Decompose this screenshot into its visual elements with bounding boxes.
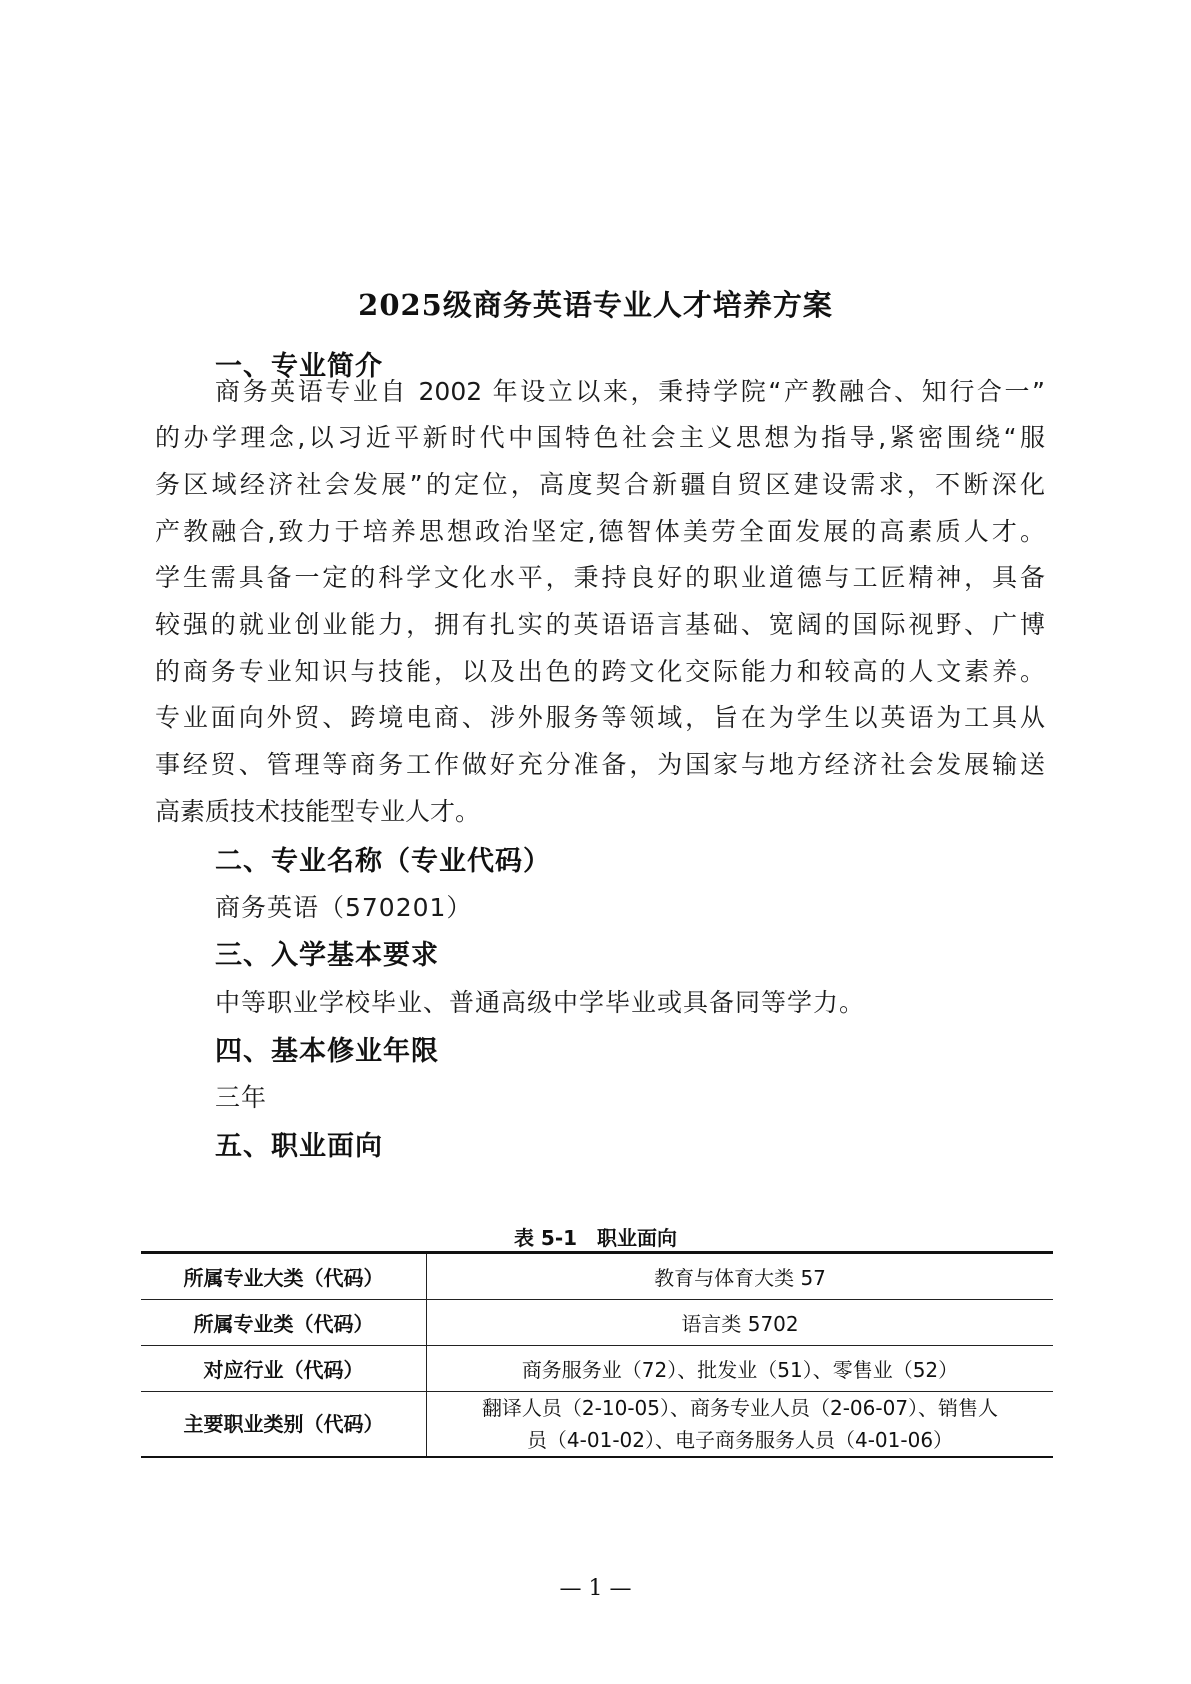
paragraph-line: 产教融合,致力于培养思想政治坚定,德智体美劳全面发展的高素质人才。 <box>155 512 1045 548</box>
duration-content: 三年 <box>215 1078 267 1114</box>
table-row-value: 教育与体育大类 57 <box>427 1253 1054 1300</box>
paragraph-line: 学生需具备一定的科学文化水平，秉持良好的职业道德与工匠精神，具备 <box>155 558 1045 594</box>
table-value-line: 翻译人员（2-10-05）、商务专业人员（2-06-07）、销售人 <box>437 1392 1043 1424</box>
table-row-label: 主要职业类别（代码） <box>141 1392 427 1458</box>
paragraph-line: 事经贸、管理等商务工作做好充分准备，为国家与地方经济社会发展输送 <box>155 745 1045 781</box>
document-title: 2025级商务英语专业人才培养方案 <box>0 283 1191 324</box>
paragraph-line: 高素质技术技能型专业人才。 <box>155 792 1045 828</box>
table-row-label: 对应行业（代码） <box>141 1346 427 1392</box>
admission-content: 中等职业学校毕业、普通高级中学毕业或具备同等学力。 <box>215 983 865 1019</box>
table-row: 对应行业（代码） 商务服务业（72）、批发业（51）、零售业（52） <box>141 1346 1053 1392</box>
table-value-line: 员（4-01-02）、电子商务服务人员（4-01-06） <box>437 1424 1043 1456</box>
table-row-label: 所属专业大类（代码） <box>141 1253 427 1300</box>
table-row: 主要职业类别（代码） 翻译人员（2-10-05）、商务专业人员（2-06-07）… <box>141 1392 1053 1458</box>
paragraph-line: 专业面向外贸、跨境电商、涉外服务等领域，旨在为学生以英语为工具从 <box>155 698 1045 734</box>
table-row-value: 语言类 5702 <box>427 1300 1054 1346</box>
section-heading-admission: 三、入学基本要求 <box>215 933 439 972</box>
table-caption: 表 5-1 职业面向 <box>0 1222 1191 1251</box>
paragraph-line: 的办学理念,以习近平新时代中国特色社会主义思想为指导,紧密围绕“服 <box>155 418 1045 454</box>
paragraph-line: 的商务专业知识与技能，以及出色的跨文化交际能力和较高的人文素养。 <box>155 652 1045 688</box>
table-row-value: 翻译人员（2-10-05）、商务专业人员（2-06-07）、销售人 员（4-01… <box>427 1392 1054 1458</box>
paragraph-line: 商务英语专业自 2002 年设立以来，秉持学院“产教融合、知行合一” <box>215 372 1045 408</box>
table-row: 所属专业大类（代码） 教育与体育大类 57 <box>141 1253 1053 1300</box>
table-row-value: 商务服务业（72）、批发业（51）、零售业（52） <box>427 1346 1054 1392</box>
section-heading-career: 五、职业面向 <box>215 1124 383 1163</box>
document-page: 2025级商务英语专业人才培养方案 一、专业简介 商务英语专业自 2002 年设… <box>0 0 1191 1684</box>
page-number: — 1 — <box>0 1576 1191 1601</box>
paragraph-line: 务区域经济社会发展”的定位，高度契合新疆自贸区建设需求，不断深化 <box>155 465 1045 501</box>
table-row: 所属专业类（代码） 语言类 5702 <box>141 1300 1053 1346</box>
section-heading-duration: 四、基本修业年限 <box>215 1029 439 1068</box>
major-name-content: 商务英语（570201） <box>215 888 472 924</box>
paragraph-line: 较强的就业创业能力，拥有扎实的英语语言基础、宽阔的国际视野、广博 <box>155 605 1045 641</box>
career-orientation-table: 所属专业大类（代码） 教育与体育大类 57 所属专业类（代码） 语言类 5702… <box>141 1251 1053 1458</box>
table-row-label: 所属专业类（代码） <box>141 1300 427 1346</box>
section-heading-major-name: 二、专业名称（专业代码） <box>215 839 551 878</box>
